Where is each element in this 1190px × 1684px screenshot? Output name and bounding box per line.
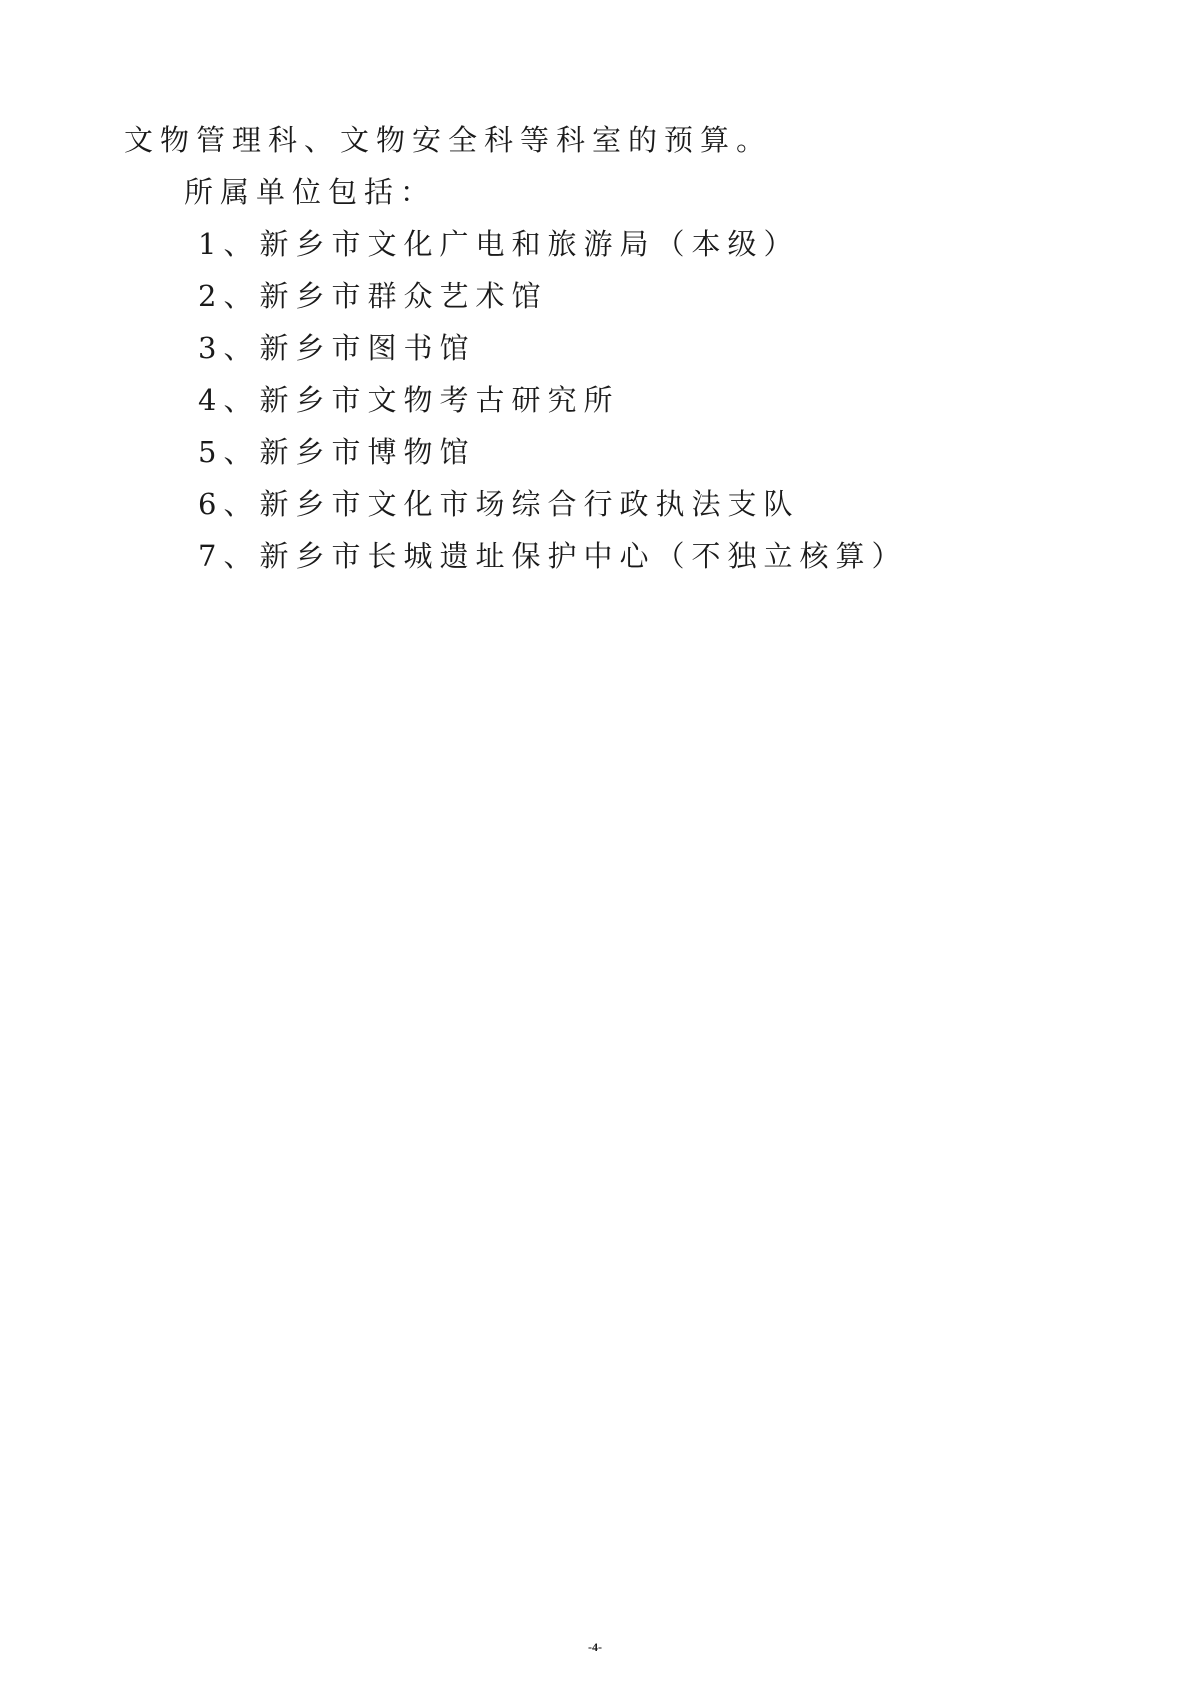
unit-list-item: 3、新乡市图书馆	[198, 328, 475, 368]
unit-list-item: 5、新乡市博物馆	[198, 432, 475, 472]
unit-list-item: 1、新乡市文化广电和旅游局（本级）	[198, 224, 799, 264]
unit-list-item: 2、新乡市群众艺术馆	[198, 276, 547, 316]
page-number: -4-	[0, 1640, 1190, 1655]
unit-list-item: 6、新乡市文化市场综合行政执法支队	[198, 484, 799, 524]
paragraph-units-intro: 所属单位包括：	[184, 172, 436, 212]
unit-list-item: 7、新乡市长城遗址保护中心（不独立核算）	[198, 536, 907, 576]
paragraph-budget-scope: 文物管理科、文物安全科等科室的预算。	[124, 120, 772, 160]
unit-list-item: 4、新乡市文物考古研究所	[198, 380, 619, 420]
